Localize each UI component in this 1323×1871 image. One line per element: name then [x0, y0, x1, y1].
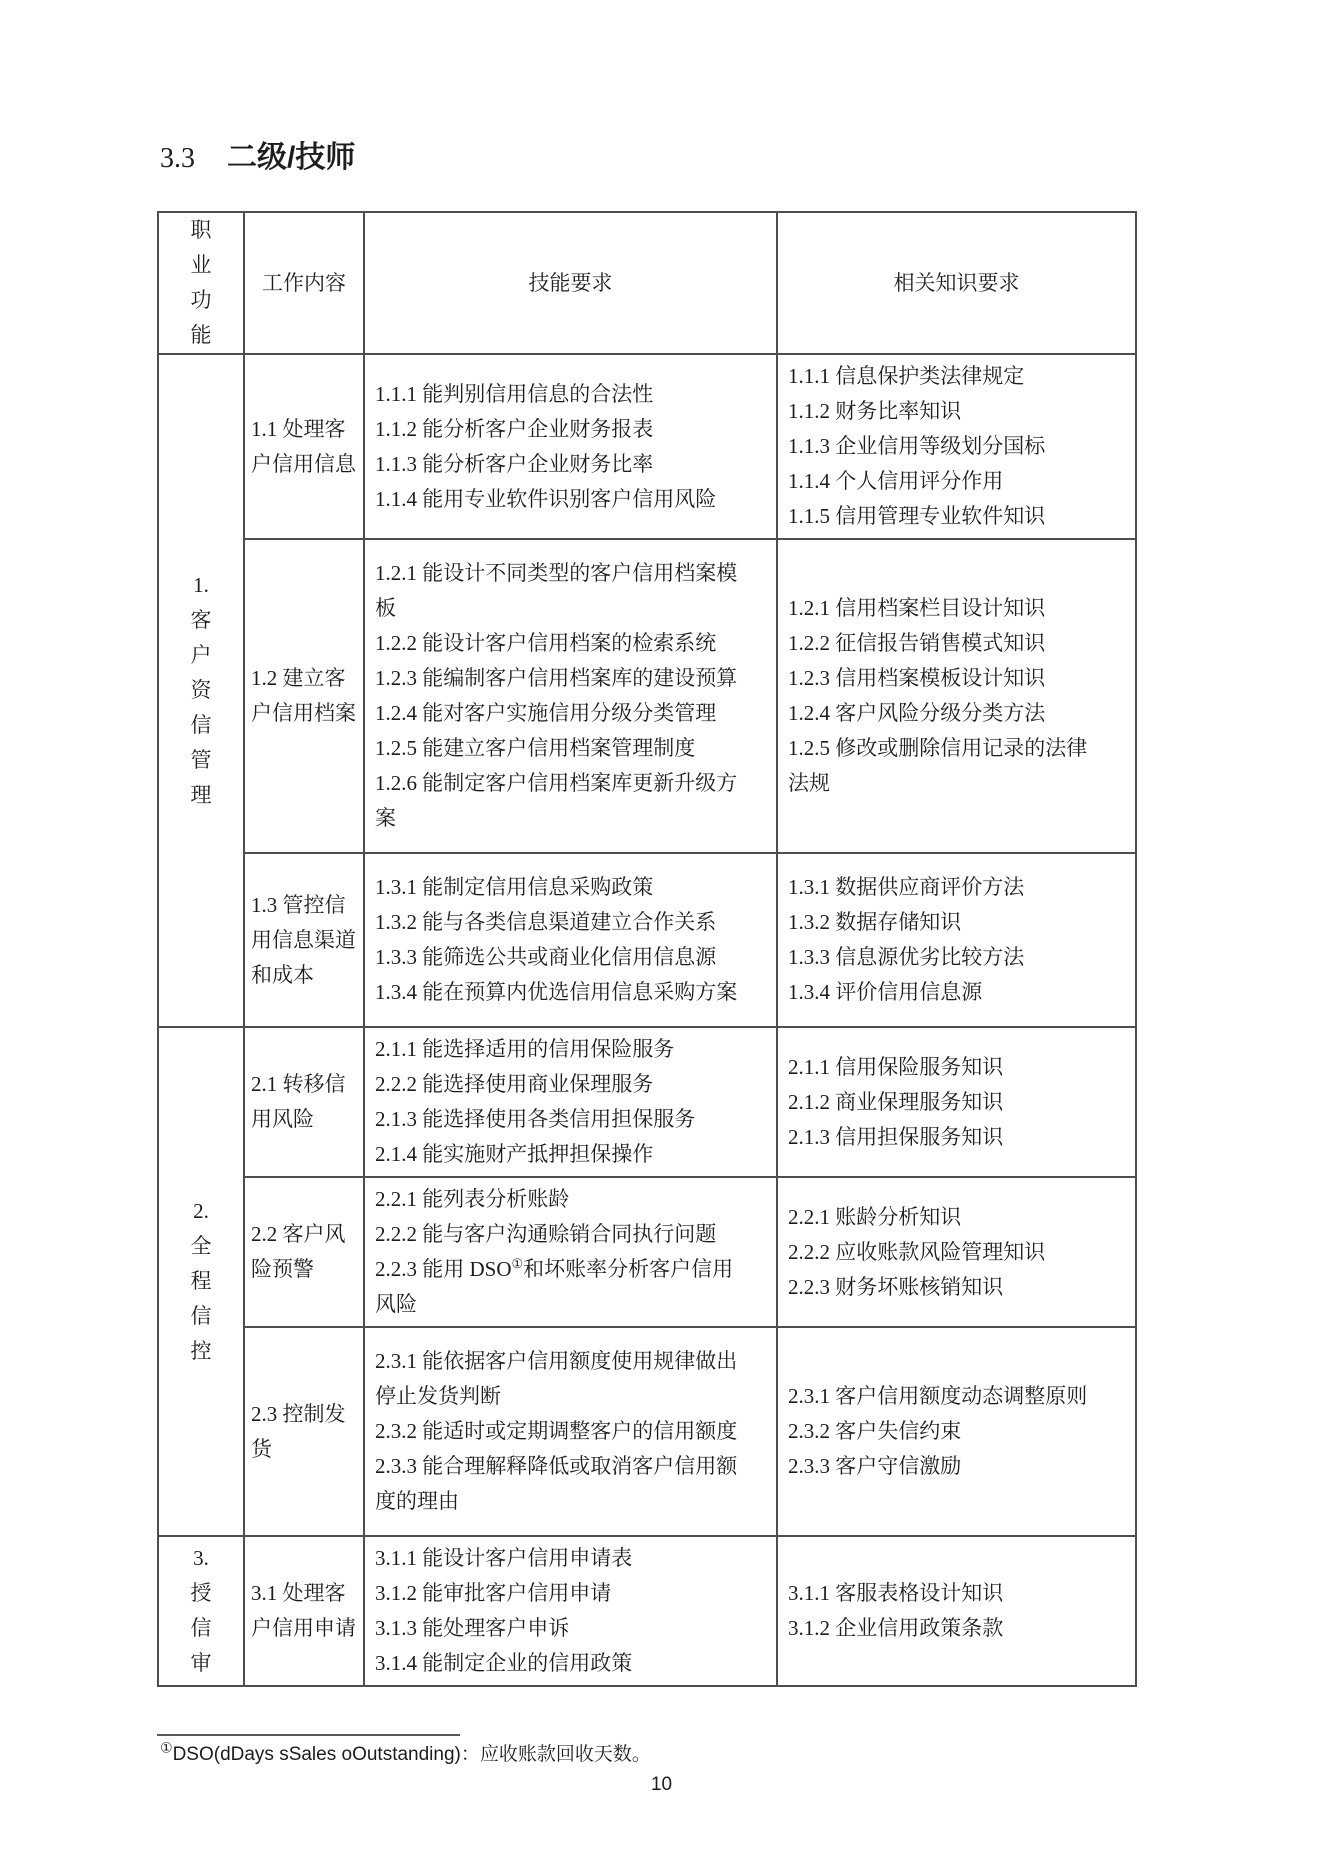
- footnote-text: DSO(dDays sSales oOutstanding)：应收账款回收天数。: [173, 1744, 651, 1765]
- skill-cell: 1.2.1 能设计不同类型的客户信用档案模板1.2.2 能设计客户信用档案的检索…: [364, 539, 777, 853]
- knowledge-item: 1.3.3 信息源优劣比较方法: [788, 940, 1090, 975]
- skill-item: 1.3.4 能在预算内优选信用信息采购方案: [375, 975, 738, 1010]
- skill-cell: 3.1.1 能设计客户信用申请表3.1.2 能审批客户信用申请3.1.3 能处理…: [364, 1536, 777, 1686]
- col-header-function: 职业功能: [158, 212, 244, 354]
- skill-item: 1.3.1 能制定信用信息采购政策: [375, 870, 738, 905]
- knowledge-cell: 3.1.1 客服表格设计知识3.1.2 企业信用政策条款: [777, 1536, 1136, 1686]
- function-cell: 2.全程信控: [158, 1027, 244, 1536]
- skill-item: 1.1.3 能分析客户企业财务比率: [375, 447, 738, 482]
- page-number: 10: [0, 1774, 1323, 1796]
- skill-item: 1.1.2 能分析客户企业财务报表: [375, 412, 738, 447]
- skill-cell: 1.1.1 能判别信用信息的合法性1.1.2 能分析客户企业财务报表1.1.3 …: [364, 354, 777, 539]
- col-header-knowledge: 相关知识要求: [777, 212, 1136, 354]
- knowledge-item: 3.1.1 客服表格设计知识: [788, 1576, 1090, 1611]
- footnote-marker: ①: [160, 1740, 173, 1756]
- work-content-cell: 2.2 客户风险预警: [244, 1177, 364, 1327]
- knowledge-item: 1.2.4 客户风险分级分类方法: [788, 696, 1090, 731]
- knowledge-item: 2.3.3 客户守信激励: [788, 1449, 1090, 1484]
- skill-item: 2.1.4 能实施财产抵押担保操作: [375, 1137, 738, 1172]
- skill-item: 1.2.2 能设计客户信用档案的检索系统: [375, 626, 738, 661]
- skill-item: 1.2.6 能制定客户信用档案库更新升级方案: [375, 766, 738, 836]
- work-content-cell: 1.1 处理客户信用信息: [244, 354, 364, 539]
- knowledge-item: 1.2.5 修改或删除信用记录的法律法规: [788, 731, 1090, 801]
- skill-item: 1.3.3 能筛选公共或商业化信用信息源: [375, 940, 738, 975]
- heading-number: 3.3: [160, 143, 195, 174]
- section-heading: 3.3二级/技师: [160, 138, 1323, 178]
- heading-title: 二级/技师: [227, 141, 355, 174]
- knowledge-item: 2.3.2 客户失信约束: [788, 1414, 1090, 1449]
- table-row: 3.授信审3.1 处理客户信用申请3.1.1 能设计客户信用申请表3.1.2 能…: [158, 1536, 1136, 1686]
- skill-item: 1.1.4 能用专业软件识别客户信用风险: [375, 482, 738, 517]
- table-row: 2.2 客户风险预警2.2.1 能列表分析账龄2.2.2 能与客户沟通赊销合同执…: [158, 1177, 1136, 1327]
- knowledge-item: 1.1.1 信息保护类法律规定: [788, 359, 1090, 394]
- skill-item: 3.1.3 能处理客户申诉: [375, 1611, 738, 1646]
- table-header: 职业功能 工作内容 技能要求 相关知识要求: [158, 212, 1136, 354]
- header-row: 职业功能 工作内容 技能要求 相关知识要求: [158, 212, 1136, 354]
- knowledge-cell: 2.2.1 账龄分析知识2.2.2 应收账款风险管理知识2.2.3 财务坏账核销…: [777, 1177, 1136, 1327]
- work-content-cell: 3.1 处理客户信用申请: [244, 1536, 364, 1686]
- skill-item: 2.2.2 能与客户沟通赊销合同执行问题: [375, 1217, 738, 1252]
- skill-cell: 2.2.1 能列表分析账龄2.2.2 能与客户沟通赊销合同执行问题2.2.3 能…: [364, 1177, 777, 1327]
- knowledge-item: 1.1.3 企业信用等级划分国标: [788, 429, 1090, 464]
- col-header-function-label: 职业功能: [189, 213, 213, 353]
- knowledge-cell: 2.1.1 信用保险服务知识2.1.2 商业保理服务知识2.1.3 信用担保服务…: [777, 1027, 1136, 1177]
- knowledge-item: 1.3.1 数据供应商评价方法: [788, 870, 1090, 905]
- knowledge-cell: 1.3.1 数据供应商评价方法1.3.2 数据存储知识1.3.3 信息源优劣比较…: [777, 853, 1136, 1027]
- work-content-cell: 1.3 管控信用信息渠道和成本: [244, 853, 364, 1027]
- knowledge-item: 1.3.2 数据存储知识: [788, 905, 1090, 940]
- table-row: 2.全程信控2.1 转移信用风险2.1.1 能选择适用的信用保险服务2.2.2 …: [158, 1027, 1136, 1177]
- skill-item: 2.1.1 能选择适用的信用保险服务: [375, 1032, 738, 1067]
- document-page: 3.3二级/技师 职业功能 工作内容 技能要求 相关知识要求 1.客户资信管理1…: [0, 0, 1323, 1871]
- skill-item: 1.2.3 能编制客户信用档案库的建设预算: [375, 661, 738, 696]
- skill-item: 2.3.1 能依据客户信用额度使用规律做出停止发货判断: [375, 1344, 738, 1414]
- function-label: 2.全程信控: [189, 1194, 213, 1369]
- knowledge-item: 1.3.4 评价信用信息源: [788, 975, 1090, 1010]
- footnote-reference-mark: ①: [512, 1256, 524, 1271]
- function-cell: 1.客户资信管理: [158, 354, 244, 1027]
- skill-item: 1.2.5 能建立客户信用档案管理制度: [375, 731, 738, 766]
- knowledge-item: 2.1.3 信用担保服务知识: [788, 1120, 1090, 1155]
- work-content-cell: 1.2 建立客户信用档案: [244, 539, 364, 853]
- skill-item: 3.1.2 能审批客户信用申请: [375, 1576, 738, 1611]
- knowledge-item: 2.1.2 商业保理服务知识: [788, 1085, 1090, 1120]
- skill-item: 2.2.3 能用 DSO①和坏账率分析客户信用风险: [375, 1252, 738, 1322]
- knowledge-item: 1.1.2 财务比率知识: [788, 394, 1090, 429]
- knowledge-item: 2.2.1 账龄分析知识: [788, 1200, 1090, 1235]
- function-label: 3.授信审: [189, 1541, 213, 1681]
- skill-cell: 2.3.1 能依据客户信用额度使用规律做出停止发货判断2.3.2 能适时或定期调…: [364, 1327, 777, 1536]
- knowledge-cell: 1.2.1 信用档案栏目设计知识1.2.2 征信报告销售模式知识1.2.3 信用…: [777, 539, 1136, 853]
- knowledge-item: 1.2.2 征信报告销售模式知识: [788, 626, 1090, 661]
- skill-cell: 2.1.1 能选择适用的信用保险服务2.2.2 能选择使用商业保理服务2.1.3…: [364, 1027, 777, 1177]
- work-content-cell: 2.1 转移信用风险: [244, 1027, 364, 1177]
- skill-item: 2.1.3 能选择使用各类信用担保服务: [375, 1102, 738, 1137]
- knowledge-item: 1.1.5 信用管理专业软件知识: [788, 499, 1090, 534]
- footnote-separator: [157, 1734, 460, 1736]
- skill-cell: 1.3.1 能制定信用信息采购政策1.3.2 能与各类信息渠道建立合作关系1.3…: [364, 853, 777, 1027]
- knowledge-item: 2.1.1 信用保险服务知识: [788, 1050, 1090, 1085]
- col-header-work: 工作内容: [244, 212, 364, 354]
- knowledge-item: 2.2.3 财务坏账核销知识: [788, 1270, 1090, 1305]
- skill-item: 1.2.4 能对客户实施信用分级分类管理: [375, 696, 738, 731]
- knowledge-cell: 2.3.1 客户信用额度动态调整原则2.3.2 客户失信约束2.3.3 客户守信…: [777, 1327, 1136, 1536]
- skill-item: 2.2.2 能选择使用商业保理服务: [375, 1067, 738, 1102]
- knowledge-item: 1.1.4 个人信用评分作用: [788, 464, 1090, 499]
- knowledge-item: 2.2.2 应收账款风险管理知识: [788, 1235, 1090, 1270]
- table-body: 1.客户资信管理1.1 处理客户信用信息1.1.1 能判别信用信息的合法性1.1…: [158, 354, 1136, 1686]
- work-content-cell: 2.3 控制发货: [244, 1327, 364, 1536]
- knowledge-item: 3.1.2 企业信用政策条款: [788, 1611, 1090, 1646]
- knowledge-item: 2.3.1 客户信用额度动态调整原则: [788, 1379, 1090, 1414]
- col-header-skill: 技能要求: [364, 212, 777, 354]
- skill-item: 1.3.2 能与各类信息渠道建立合作关系: [375, 905, 738, 940]
- function-label: 1.客户资信管理: [189, 568, 213, 813]
- skill-item: 1.2.1 能设计不同类型的客户信用档案模板: [375, 556, 738, 626]
- skill-item: 2.3.2 能适时或定期调整客户的信用额度: [375, 1414, 738, 1449]
- skill-item: 3.1.4 能制定企业的信用政策: [375, 1646, 738, 1681]
- table-row: 1.客户资信管理1.1 处理客户信用信息1.1.1 能判别信用信息的合法性1.1…: [158, 354, 1136, 539]
- skill-item: 2.2.1 能列表分析账龄: [375, 1182, 738, 1217]
- knowledge-cell: 1.1.1 信息保护类法律规定1.1.2 财务比率知识1.1.3 企业信用等级划…: [777, 354, 1136, 539]
- knowledge-item: 1.2.1 信用档案栏目设计知识: [788, 591, 1090, 626]
- table-row: 1.3 管控信用信息渠道和成本1.3.1 能制定信用信息采购政策1.3.2 能与…: [158, 853, 1136, 1027]
- skill-item: 3.1.1 能设计客户信用申请表: [375, 1541, 738, 1576]
- skill-item: 1.1.1 能判别信用信息的合法性: [375, 377, 738, 412]
- footnote: ①DSO(dDays sSales oOutstanding)：应收账款回收天数…: [160, 1740, 1323, 1770]
- function-cell: 3.授信审: [158, 1536, 244, 1686]
- table-row: 2.3 控制发货2.3.1 能依据客户信用额度使用规律做出停止发货判断2.3.2…: [158, 1327, 1136, 1536]
- knowledge-item: 1.2.3 信用档案模板设计知识: [788, 661, 1090, 696]
- qualification-table: 职业功能 工作内容 技能要求 相关知识要求 1.客户资信管理1.1 处理客户信用…: [157, 211, 1137, 1687]
- table-row: 1.2 建立客户信用档案1.2.1 能设计不同类型的客户信用档案模板1.2.2 …: [158, 539, 1136, 853]
- skill-item: 2.3.3 能合理解释降低或取消客户信用额度的理由: [375, 1449, 738, 1519]
